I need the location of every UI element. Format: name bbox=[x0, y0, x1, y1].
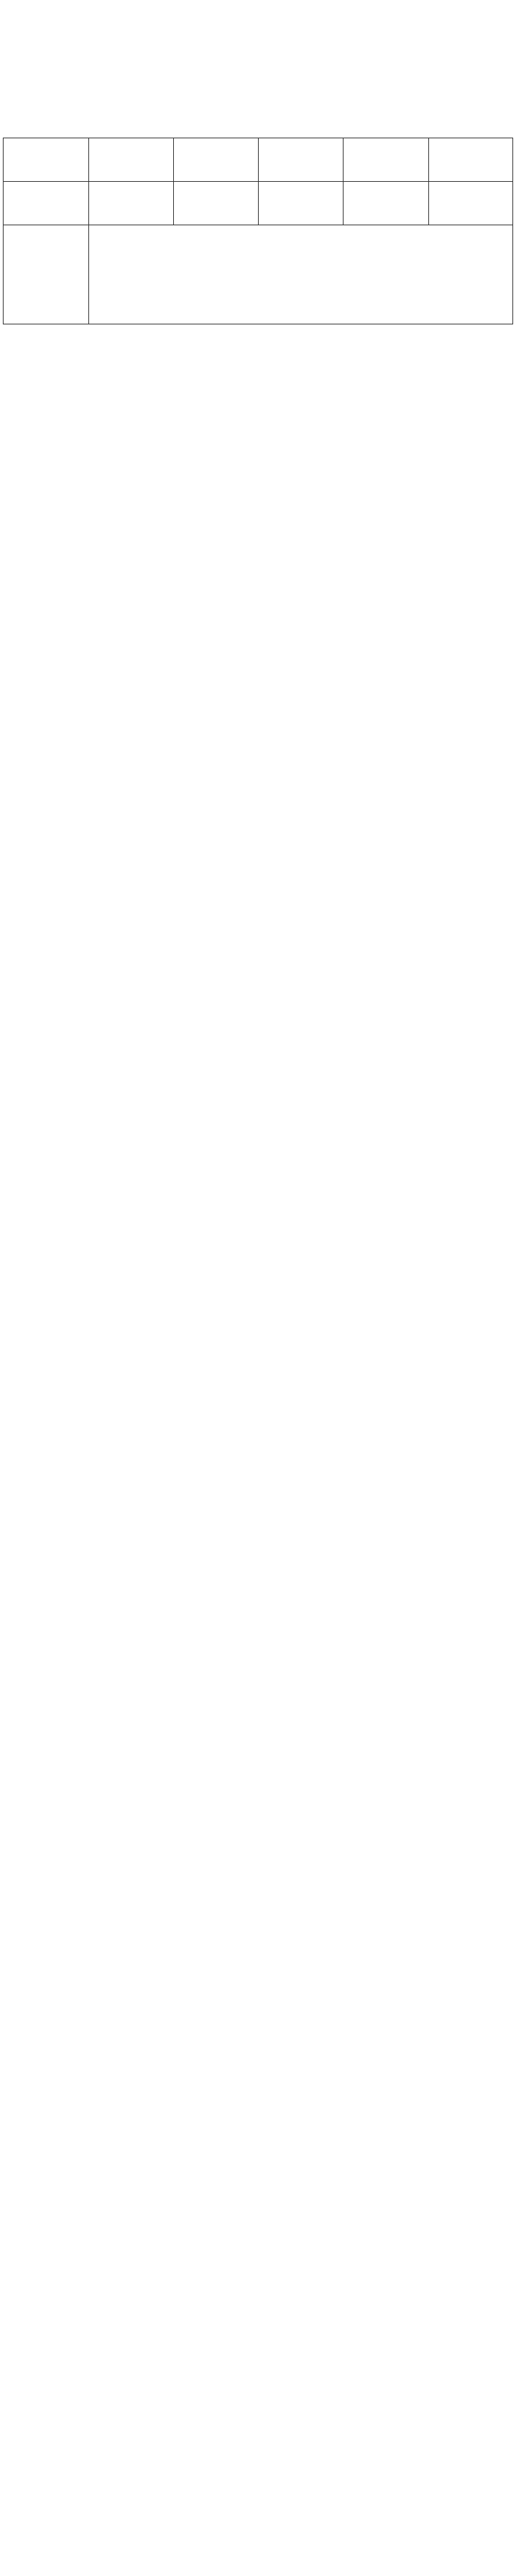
table-header-cell bbox=[88, 138, 173, 182]
table-cell bbox=[429, 182, 513, 225]
table-cell bbox=[344, 182, 429, 225]
table-header-cell bbox=[344, 138, 429, 182]
table-header-cell bbox=[4, 138, 89, 182]
table-header-cell bbox=[259, 138, 344, 182]
table-header-cell bbox=[429, 138, 513, 182]
section-heading-2 bbox=[10, 352, 60, 370]
section-heading-1 bbox=[10, 101, 60, 118]
table-cell-transfer-label bbox=[4, 225, 89, 324]
table-cell bbox=[173, 182, 259, 225]
table-cell bbox=[88, 182, 173, 225]
table-row bbox=[4, 182, 513, 225]
table-header-row bbox=[4, 138, 513, 182]
table-header-cell bbox=[173, 138, 259, 182]
table-cell bbox=[259, 182, 344, 225]
table-cell bbox=[4, 182, 89, 225]
score-threshold-table bbox=[3, 138, 513, 324]
table-cell-transfer-note bbox=[88, 225, 512, 324]
table-row-transfer bbox=[4, 225, 513, 324]
